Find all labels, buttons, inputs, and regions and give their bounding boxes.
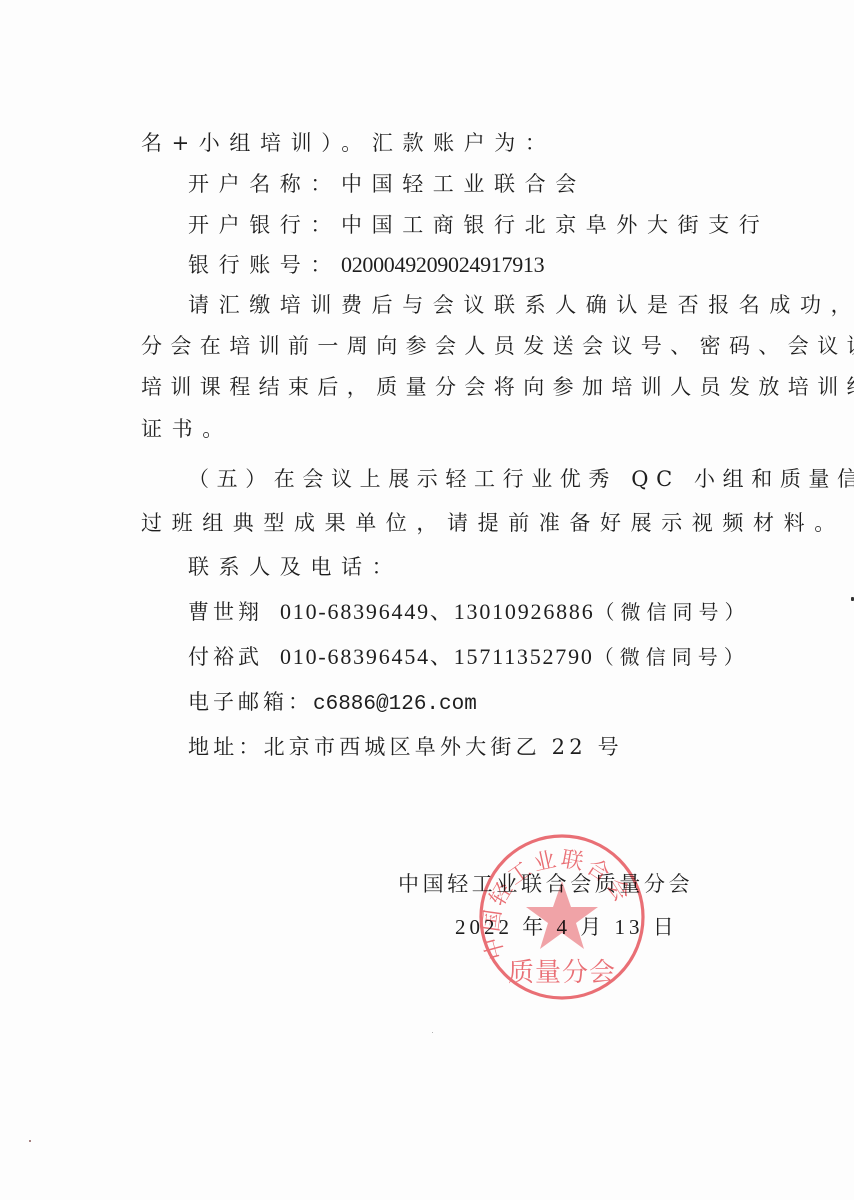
confirm-paragraph-text-4: 证书。 <box>141 417 233 441</box>
scan-speck <box>29 1140 31 1142</box>
contact-row: 付裕武 <box>188 644 263 670</box>
account-number-label: 银行账号： <box>188 253 341 277</box>
section-five-line-1: （五）在会议上展示轻工行业优秀 QC 小组和质量信得 <box>188 466 854 492</box>
seal-star-icon <box>526 881 598 949</box>
contact-name: 曹世翔 <box>188 600 263 624</box>
confirm-paragraph-line-1: 请汇缴培训费后与会议联系人确认是否报名成功，质量 <box>188 292 854 318</box>
official-seal-stamp: 中国轻工业联合会 质量分会 <box>478 833 646 1001</box>
payment-intro-line: 名+小组培训）。汇款账户为： <box>141 130 556 156</box>
payment-intro-text: 名+小组培训）。汇款账户为： <box>141 131 556 155</box>
address-value: 北京市西城区阜外大街乙 22 号 <box>264 735 623 759</box>
confirm-paragraph-line-2: 分会在培训前一周向参会人员发送会议号、密码、会议议程。 <box>141 333 854 359</box>
contact-row: 曹世翔 <box>188 599 263 625</box>
email-label: 电子邮箱： <box>188 690 313 714</box>
contact-phones: 010-68396449、13010926886（微信同号） <box>280 599 751 625</box>
account-name-line: 开户名称：中国轻工业联合会 <box>188 171 586 197</box>
account-number-line: 银行账号：0200049209024917913 <box>188 252 544 278</box>
section-five-text-1: （五）在会议上展示轻工行业优秀 QC 小组和质量信得 <box>188 467 854 491</box>
contact-name: 付裕武 <box>188 645 263 669</box>
address-line: 地址：北京市西城区阜外大街乙 22 号 <box>188 734 623 760</box>
scan-speck <box>432 1032 433 1033</box>
confirm-paragraph-text-1: 请汇缴培训费后与会议联系人确认是否报名成功，质量 <box>188 293 854 317</box>
bank-name-value: 中国工商银行北京阜外大街支行 <box>341 213 769 237</box>
contact-phones-text: 010-68396454、15711352790 <box>280 644 594 669</box>
contacts-heading-text: 联系人及电话： <box>188 555 402 579</box>
contact-note: （微信同号） <box>595 600 751 624</box>
account-name-label: 开户名称： <box>188 172 341 196</box>
address-label: 地址： <box>188 735 264 759</box>
account-name-value: 中国轻工业联合会 <box>341 172 586 196</box>
contact-phones: 010-68396454、15711352790（微信同号） <box>280 644 750 670</box>
bank-name-line: 开户银行：中国工商银行北京阜外大街支行 <box>188 212 769 238</box>
seal-bottom-text: 质量分会 <box>508 958 616 988</box>
contact-phones-text: 010-68396449、13010926886 <box>280 599 595 624</box>
contact-note: （微信同号） <box>594 645 750 669</box>
confirm-paragraph-line-3: 培训课程结束后，质量分会将向参加培训人员发放培训结业 <box>141 374 854 400</box>
confirm-paragraph-text-2: 分会在培训前一周向参会人员发送会议号、密码、会议议程。 <box>141 334 854 358</box>
contacts-heading: 联系人及电话： <box>188 554 402 580</box>
account-number-value: 0200049209024917913 <box>341 252 544 277</box>
section-five-text-2: 过班组典型成果单位，请提前准备好展示视频材料。 <box>141 511 845 535</box>
confirm-paragraph-text-3: 培训课程结束后，质量分会将向参加培训人员发放培训结业 <box>141 375 854 399</box>
email-line: 电子邮箱：c6886@126.com <box>188 689 477 718</box>
confirm-paragraph-line-4: 证书。 <box>141 416 233 442</box>
section-five-line-2: 过班组典型成果单位，请提前准备好展示视频材料。 <box>141 510 845 536</box>
bank-name-label: 开户银行： <box>188 213 341 237</box>
document-page: 名+小组培训）。汇款账户为： 开户名称：中国轻工业联合会 开户银行：中国工商银行… <box>0 0 854 1200</box>
email-value[interactable]: c6886@126.com <box>313 693 477 716</box>
